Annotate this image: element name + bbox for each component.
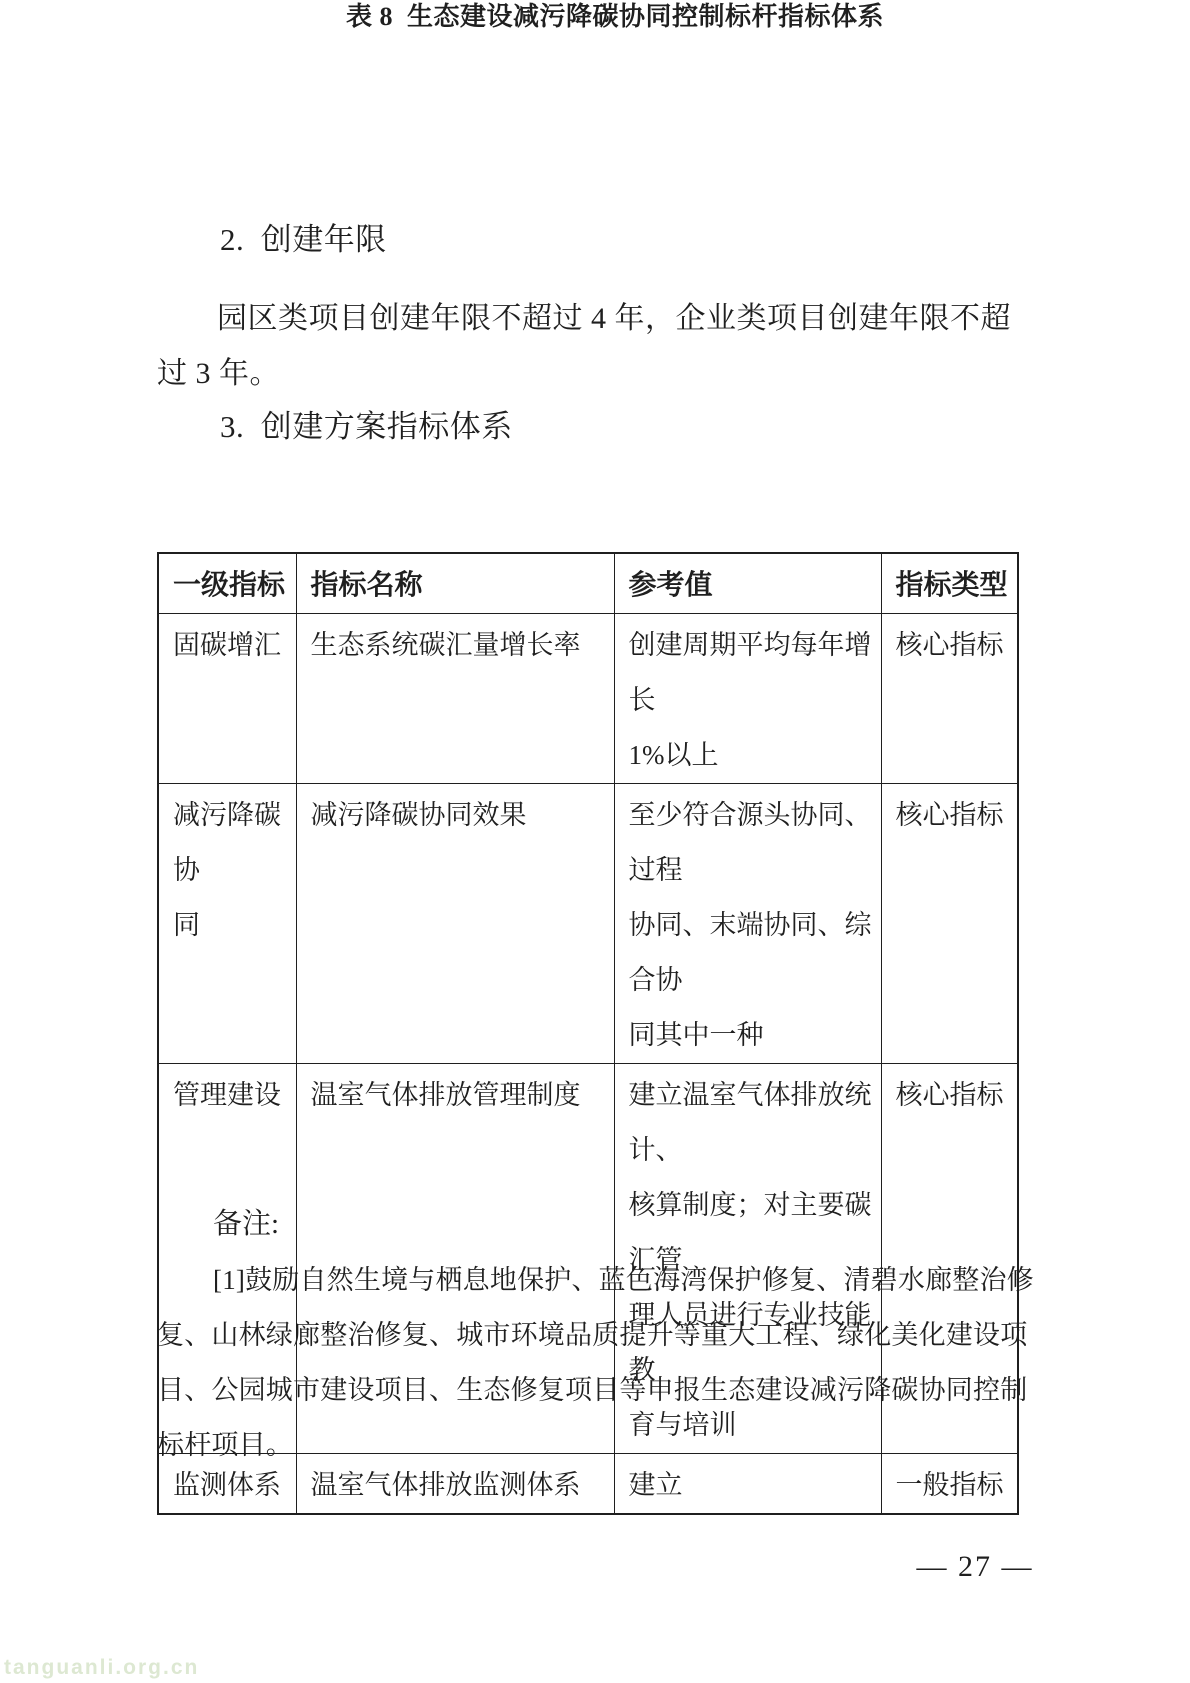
document-page: 2. 创建年限 园区类项目创建年限不超过 4 年，企业类项目创建年限不超 过 3…: [0, 0, 1190, 1683]
watermark: tanguanli.org.cn: [4, 1656, 199, 1680]
column-header-type: 指标类型: [881, 553, 1018, 614]
cell-level1-indicator: 固碳增汇: [158, 614, 296, 784]
page-number: — 27 —: [860, 1547, 1090, 1587]
cell-indicator-type: 核心指标: [881, 784, 1018, 1064]
table-row: 固碳增汇 生态系统碳汇量增长率 创建周期平均每年增长 1%以上 核心指标: [158, 614, 1018, 784]
column-header-name: 指标名称: [296, 553, 614, 614]
cell-indicator-name: 生态系统碳汇量增长率: [296, 614, 614, 784]
paragraph-create-years: 园区类项目创建年限不超过 4 年，企业类项目创建年限不超 过 3 年。: [157, 291, 1037, 401]
notes-label: 备注:: [213, 1206, 279, 1242]
cell-indicator-name: 减污降碳协同效果: [296, 784, 614, 1064]
table-row: 减污降碳协 同 减污降碳协同效果 至少符合源头协同、过程 协同、末端协同、综合协…: [158, 784, 1018, 1064]
cell-reference-value: 创建周期平均每年增长 1%以上: [614, 614, 881, 784]
notes-paragraph: [1]鼓励自然生境与栖息地保护、蓝色海湾保护修复、清碧水廊整治修 复、山林绿廊整…: [157, 1253, 1037, 1473]
table-header-row: 一级指标 指标名称 参考值 指标类型: [158, 553, 1018, 614]
section-heading-2: 2. 创建年限: [220, 221, 387, 259]
cell-indicator-type: 核心指标: [881, 614, 1018, 784]
column-header-reference: 参考值: [614, 553, 881, 614]
column-header-level1: 一级指标: [158, 553, 296, 614]
section-heading-3: 3. 创建方案指标体系: [220, 408, 513, 446]
table-caption: 表 8 生态建设减污降碳协同控制标杆指标体系: [0, 0, 1190, 34]
cell-level1-indicator: 减污降碳协 同: [158, 784, 296, 1064]
cell-reference-value: 至少符合源头协同、过程 协同、末端协同、综合协 同其中一种: [614, 784, 881, 1064]
